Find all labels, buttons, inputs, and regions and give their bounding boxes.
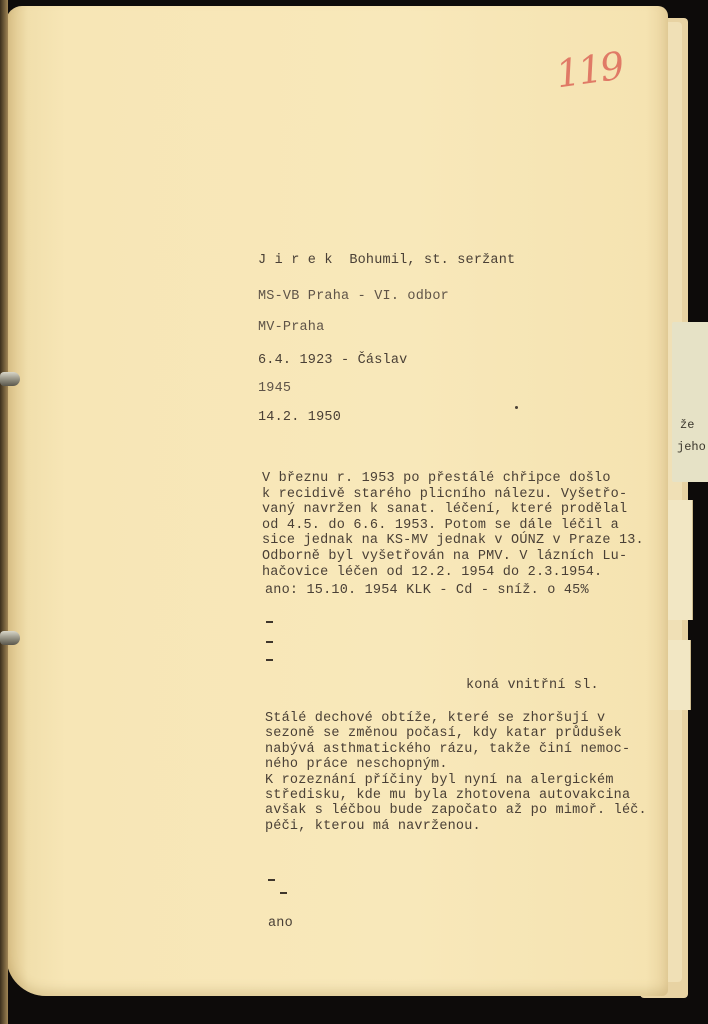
condition-line: ného práce neschopným. xyxy=(265,757,448,772)
condition-line: středisku, kde mu byla zhotovena autovak… xyxy=(265,788,630,803)
torn-edge xyxy=(668,500,693,620)
service-line: koná vnitřní sl. xyxy=(466,678,599,693)
history-line: od 4.5. do 6.6. 1953. Potom se dále léči… xyxy=(262,518,619,533)
history-line: sice jednak na KS-MV jednak v OÚNZ v Pra… xyxy=(262,533,644,548)
slip-fragment: že xyxy=(680,418,694,432)
condition-line: péči, kterou má navrženou. xyxy=(265,819,481,834)
condition-line: avšak s léčbou bude započato až po mimoř… xyxy=(265,803,647,818)
binder-ring-icon xyxy=(0,372,20,386)
name-line: J i r e k Bohumil, st. seržant xyxy=(258,253,515,268)
condition-line: sezoně se změnou počasí, kdy katar průdu… xyxy=(265,726,622,741)
history-line: V březnu r. 1953 po přestálé chřipce doš… xyxy=(262,471,611,486)
ink-dot xyxy=(515,406,518,409)
year-line: 1945 xyxy=(258,381,291,396)
birth-line: 6.4. 1923 - Čáslav xyxy=(258,353,407,368)
dash-mark xyxy=(266,659,273,661)
dash-mark xyxy=(266,641,273,643)
condition-line: nabývá asthmatického rázu, takže činí ne… xyxy=(265,742,630,757)
binder-spine xyxy=(0,0,8,1024)
dash-mark xyxy=(280,892,287,894)
history-line: Odborně byl vyšetřován na PMV. V lázních… xyxy=(262,549,627,564)
history-line: k recidivě starého plicního nálezu. Vyše… xyxy=(262,487,627,502)
history-line: hačovice léčen od 12.2. 1954 do 2.3.1954… xyxy=(262,565,602,580)
history-line: vaný navržen k sanat. léčení, které prod… xyxy=(262,502,627,517)
torn-edge xyxy=(668,640,691,710)
decision-line: ano: 15.10. 1954 KLK - Cd - sníž. o 45% xyxy=(265,583,589,598)
condition-line: K rozeznání příčiny byl nyní na alergick… xyxy=(265,773,614,788)
slip-fragment: jeho xyxy=(677,440,706,454)
condition-line: Stálé dechové obtíže, které se zhoršují … xyxy=(265,711,605,726)
binder-ring-icon xyxy=(0,631,20,645)
unit-line: MS-VB Praha - VI. odbor xyxy=(258,289,449,304)
final-answer: ano xyxy=(268,916,293,931)
folio-number: 119 xyxy=(553,44,625,97)
date-line: 14.2. 1950 xyxy=(258,410,341,425)
dash-mark xyxy=(266,621,273,623)
dash-mark xyxy=(268,879,275,881)
ministry-line: MV-Praha xyxy=(258,320,324,335)
protruding-slip: že jeho xyxy=(672,322,708,482)
